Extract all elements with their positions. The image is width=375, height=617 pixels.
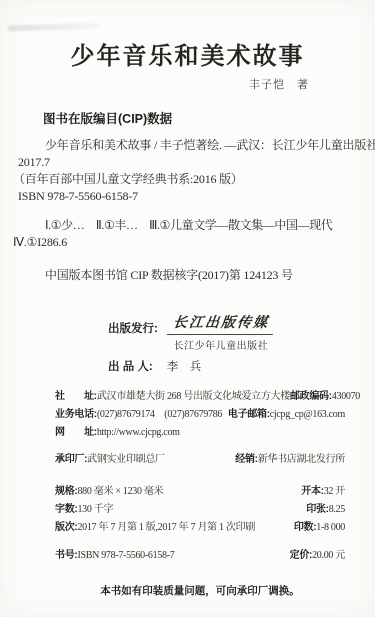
detail-row-address: 社 址:武汉市雄楚大街 268 号出版文化城爱立方大楼 邮政编码:430070 [55, 388, 345, 406]
postcode-label: 邮政编码: [290, 391, 332, 402]
cip-classification-line1: Ⅰ.①少… Ⅱ.①丰… Ⅲ.①儿童文学—散文集—中国—现代 [45, 217, 367, 234]
address-value: 武汉市雄楚大街 268 号出版文化城爱立方大楼 [97, 391, 290, 402]
email-value: cjcpg_cp@163.com [270, 409, 345, 420]
sheet-size-value: 32 开 [324, 486, 345, 497]
postcode-cell: 邮政编码:430070 [290, 388, 360, 406]
format-value: 880 毫米 × 1230 毫米 [77, 486, 163, 497]
website-value: http://www.cjcpg.com [97, 427, 180, 438]
detail-row-book-number: 书号:ISBN 978-7-5560-6158-7 定价:20.00 元 [55, 547, 345, 565]
phone-value: (027)87679174 (027)87679786 [97, 409, 222, 420]
publisher-section: 出版发行: 长江出版传媒 长江少年儿童出版社 出 品 人: 李 兵 [108, 312, 375, 374]
cip-section: 图书在版编目(CIP)数据 少年音乐和美术故事 / 丰子恺著绘. —武汉：长江少… [18, 111, 367, 284]
publisher-issue-row: 出版发行: 长江出版传媒 长江少年儿童出版社 [108, 312, 375, 352]
book-number-value: ISBN 978-7-5560-6158-7 [77, 550, 174, 561]
phone-cell: 业务电话:(027)87679174 (027)87679786 [55, 406, 222, 424]
printer-label: 承印厂: [55, 454, 87, 465]
detail-row-format: 规格:880 毫米 × 1230 毫米 开本:32 开 [55, 483, 345, 501]
sheet-size-label: 开本: [301, 486, 323, 497]
copyright-page: 少年音乐和美术故事 丰子恺 著 图书在版编目(CIP)数据 少年音乐和美术故事 … [0, 0, 375, 617]
print-run-label: 印数: [294, 522, 316, 533]
phone-label: 业务电话: [55, 409, 97, 420]
format-cell: 规格:880 毫米 × 1230 毫米 [55, 483, 163, 501]
sheet-size-cell: 开本:32 开 [301, 483, 345, 501]
print-run-cell: 印数:1-8 000 [294, 519, 345, 537]
book-author: 丰子恺 著 [0, 76, 375, 92]
print-run-value: 1-8 000 [316, 522, 345, 533]
wordcount-label: 字数: [55, 504, 77, 515]
cip-heading: 图书在版编目(CIP)数据 [43, 111, 367, 128]
wordcount-value: 130 千字 [77, 504, 113, 515]
cip-entry-line1: 少年音乐和美术故事 / 丰子恺著绘. —武汉：长江少年儿童出版社， [45, 137, 367, 154]
postcode-value: 430070 [332, 391, 360, 402]
publisher-logo: 长江出版传媒 长江少年儿童出版社 [168, 312, 274, 352]
cip-record-number: 中国版本图书馆 CIP 数据核字(2017)第 124123 号 [45, 267, 367, 284]
website-cell: 网 址:http://www.cjcpg.com [55, 424, 180, 442]
detail-row-phone: 业务电话:(027)87679174 (027)87679786 电子邮箱:cj… [55, 406, 345, 424]
cip-classification-line2: Ⅳ.①I286.6 [13, 234, 367, 251]
producer-label: 出 品 人: [108, 358, 153, 374]
distributor-cell: 经销:新华书店湖北发行所 [235, 451, 345, 469]
edition-value: 2017 年 7 月第 1 版,2017 年 7 月第 1 次印刷 [77, 522, 255, 533]
distributor-value: 新华书店湖北发行所 [258, 454, 345, 465]
email-label: 电子邮箱: [228, 409, 270, 420]
sheets-cell: 印张:8.25 [306, 501, 345, 519]
cip-series-note: （百年百部中国儿童文学经典书系:2016 版） [13, 171, 367, 188]
quality-note: 本书如有印装质量问题，可向承印厂调换。 [55, 583, 345, 599]
email-cell: 电子邮箱:cjcpg_cp@163.com [228, 406, 345, 424]
sheets-label: 印张: [306, 504, 328, 515]
detail-row-edition: 版次:2017 年 7 月第 1 版,2017 年 7 月第 1 次印刷 印数:… [55, 519, 345, 537]
distributor-label: 经销: [235, 454, 257, 465]
publication-details: 社 址:武汉市雄楚大街 268 号出版文化城爱立方大楼 邮政编码:430070 … [55, 388, 345, 599]
edition-label: 版次: [55, 522, 77, 533]
website-label: 网 址: [55, 427, 97, 438]
publisher-logo-subtitle: 长江少年儿童出版社 [168, 337, 274, 352]
format-label: 规格: [55, 486, 77, 497]
issue-label: 出版发行: [108, 312, 158, 336]
cip-isbn-line: ISBN 978-7-5560-6158-7 [18, 188, 367, 205]
address-label: 社 址: [55, 391, 97, 402]
price-cell: 定价:20.00 元 [290, 547, 345, 565]
detail-row-printer: 承印厂:武钢实业印刷总厂 经销:新华书店湖北发行所 [55, 451, 345, 469]
wordcount-cell: 字数:130 千字 [55, 501, 113, 519]
producer-name: 李 兵 [167, 358, 202, 374]
sheets-value: 8.25 [329, 504, 345, 515]
detail-row-website: 网 址:http://www.cjcpg.com [55, 424, 345, 442]
detail-row-wordcount: 字数:130 千字 印张:8.25 [55, 501, 345, 519]
cip-entry-line2: 2017.7 [18, 154, 367, 171]
edition-cell: 版次:2017 年 7 月第 1 版,2017 年 7 月第 1 次印刷 [55, 519, 255, 537]
price-label: 定价: [290, 550, 312, 561]
publisher-logo-script: 长江出版传媒 [167, 312, 275, 335]
address-cell: 社 址:武汉市雄楚大街 268 号出版文化城爱立方大楼 [55, 388, 290, 406]
producer-row: 出 品 人: 李 兵 [108, 358, 375, 374]
book-number-label: 书号: [55, 550, 77, 561]
printer-value: 武钢实业印刷总厂 [87, 454, 165, 465]
book-title: 少年音乐和美术故事 [0, 0, 375, 71]
book-number-cell: 书号:ISBN 978-7-5560-6158-7 [55, 547, 174, 565]
price-value: 20.00 元 [312, 550, 345, 561]
printer-cell: 承印厂:武钢实业印刷总厂 [55, 451, 165, 469]
